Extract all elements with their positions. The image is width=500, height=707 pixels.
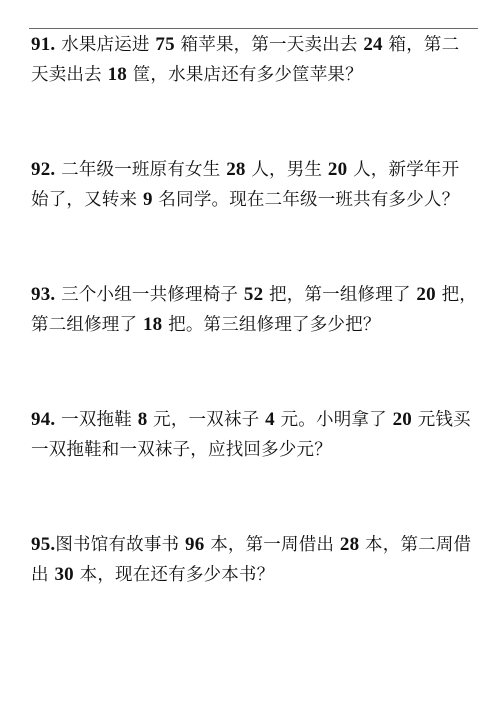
number-value: 92.: [31, 159, 55, 180]
problem-text: 箱，第二: [383, 35, 460, 55]
problem-92: 92. 二年级一班原有女生 28 人，男生 20 人，新学年开 始了，又转来 9…: [31, 155, 479, 215]
number-value: 9: [143, 189, 153, 210]
problem-text: 人，男生: [246, 160, 328, 180]
problem-text: 三个小组一共修理椅子: [55, 285, 244, 305]
problem-text: 本，第二周借: [359, 535, 471, 555]
number-value: 52: [244, 284, 263, 305]
problem-text: 出: [31, 565, 54, 585]
problem-text: 二年级一班原有女生: [55, 160, 226, 180]
problem-text: 本，第一周借出: [204, 535, 339, 555]
problem-line: 第二组修理了 18 把。第三组修理了多少把？: [31, 310, 479, 340]
problem-text: 元，一双袜子: [147, 410, 265, 430]
problem-line: 始了，又转来 9 名同学。现在二年级一班共有多少人？: [31, 185, 479, 215]
problem-text: 天卖出去: [31, 65, 108, 85]
number-value: 95.: [31, 534, 55, 555]
number-value: 96: [185, 534, 204, 555]
problem-line: 91. 水果店运进 75 箱苹果，第一天卖出去 24 箱，第二: [31, 30, 479, 60]
number-value: 18: [108, 64, 127, 85]
problem-text: 图书馆有故事书: [55, 535, 185, 555]
problem-text: 本，现在还有多少本书？: [74, 565, 274, 585]
number-value: 93.: [31, 284, 55, 305]
problem-text: 把，: [436, 285, 477, 305]
problem-line: 93. 三个小组一共修理椅子 52 把，第一组修理了 20 把，: [31, 280, 479, 310]
number-value: 8: [138, 409, 148, 430]
problem-line: 94. 一双拖鞋 8 元，一双袜子 4 元。小明拿了 20 元钱买: [31, 405, 479, 435]
problem-text: 箱苹果，第一天卖出去: [175, 35, 364, 55]
number-value: 20: [328, 159, 347, 180]
problem-text: 一双拖鞋和一双袜子，应找回多少元？: [31, 440, 332, 460]
number-value: 24: [363, 34, 382, 55]
number-value: 18: [143, 314, 162, 335]
number-value: 94.: [31, 409, 55, 430]
problem-text: 元钱买: [412, 410, 471, 430]
problem-95: 95.图书馆有故事书 96 本，第一周借出 28 本，第二周借 出 30 本，现…: [31, 530, 479, 590]
problem-line: 95.图书馆有故事书 96 本，第一周借出 28 本，第二周借: [31, 530, 479, 560]
number-value: 75: [155, 34, 174, 55]
number-value: 28: [340, 534, 359, 555]
problem-93: 93. 三个小组一共修理椅子 52 把，第一组修理了 20 把， 第二组修理了 …: [31, 280, 479, 340]
problem-text: 把。第三组修理了多少把？: [162, 315, 380, 335]
number-value: 4: [265, 409, 275, 430]
problem-94: 94. 一双拖鞋 8 元，一双袜子 4 元。小明拿了 20 元钱买 一双拖鞋和一…: [31, 405, 479, 465]
problem-line: 92. 二年级一班原有女生 28 人，男生 20 人，新学年开: [31, 155, 479, 185]
number-value: 91.: [31, 34, 55, 55]
problem-line: 天卖出去 18 筐，水果店还有多少筐苹果？: [31, 60, 479, 90]
problem-line: 出 30 本，现在还有多少本书？: [31, 560, 479, 590]
problem-line: 一双拖鞋和一双袜子，应找回多少元？: [31, 435, 479, 465]
problem-text: 一双拖鞋: [55, 410, 137, 430]
header-rule: [29, 28, 478, 29]
number-value: 30: [54, 564, 73, 585]
number-value: 20: [416, 284, 435, 305]
problem-text: 筐，水果店还有多少筐苹果？: [127, 65, 363, 85]
problem-text: 把，第一组修理了: [263, 285, 416, 305]
problem-91: 91. 水果店运进 75 箱苹果，第一天卖出去 24 箱，第二 天卖出去 18 …: [31, 30, 479, 90]
problem-text: 人，新学年开: [347, 160, 459, 180]
number-value: 20: [393, 409, 412, 430]
problem-text: 名同学。现在二年级一班共有多少人？: [153, 190, 460, 210]
problem-text: 始了，又转来: [31, 190, 143, 210]
problem-text: 水果店运进: [55, 35, 155, 55]
problem-text: 元。小明拿了: [275, 410, 393, 430]
number-value: 28: [226, 159, 245, 180]
problem-text: 第二组修理了: [31, 315, 143, 335]
